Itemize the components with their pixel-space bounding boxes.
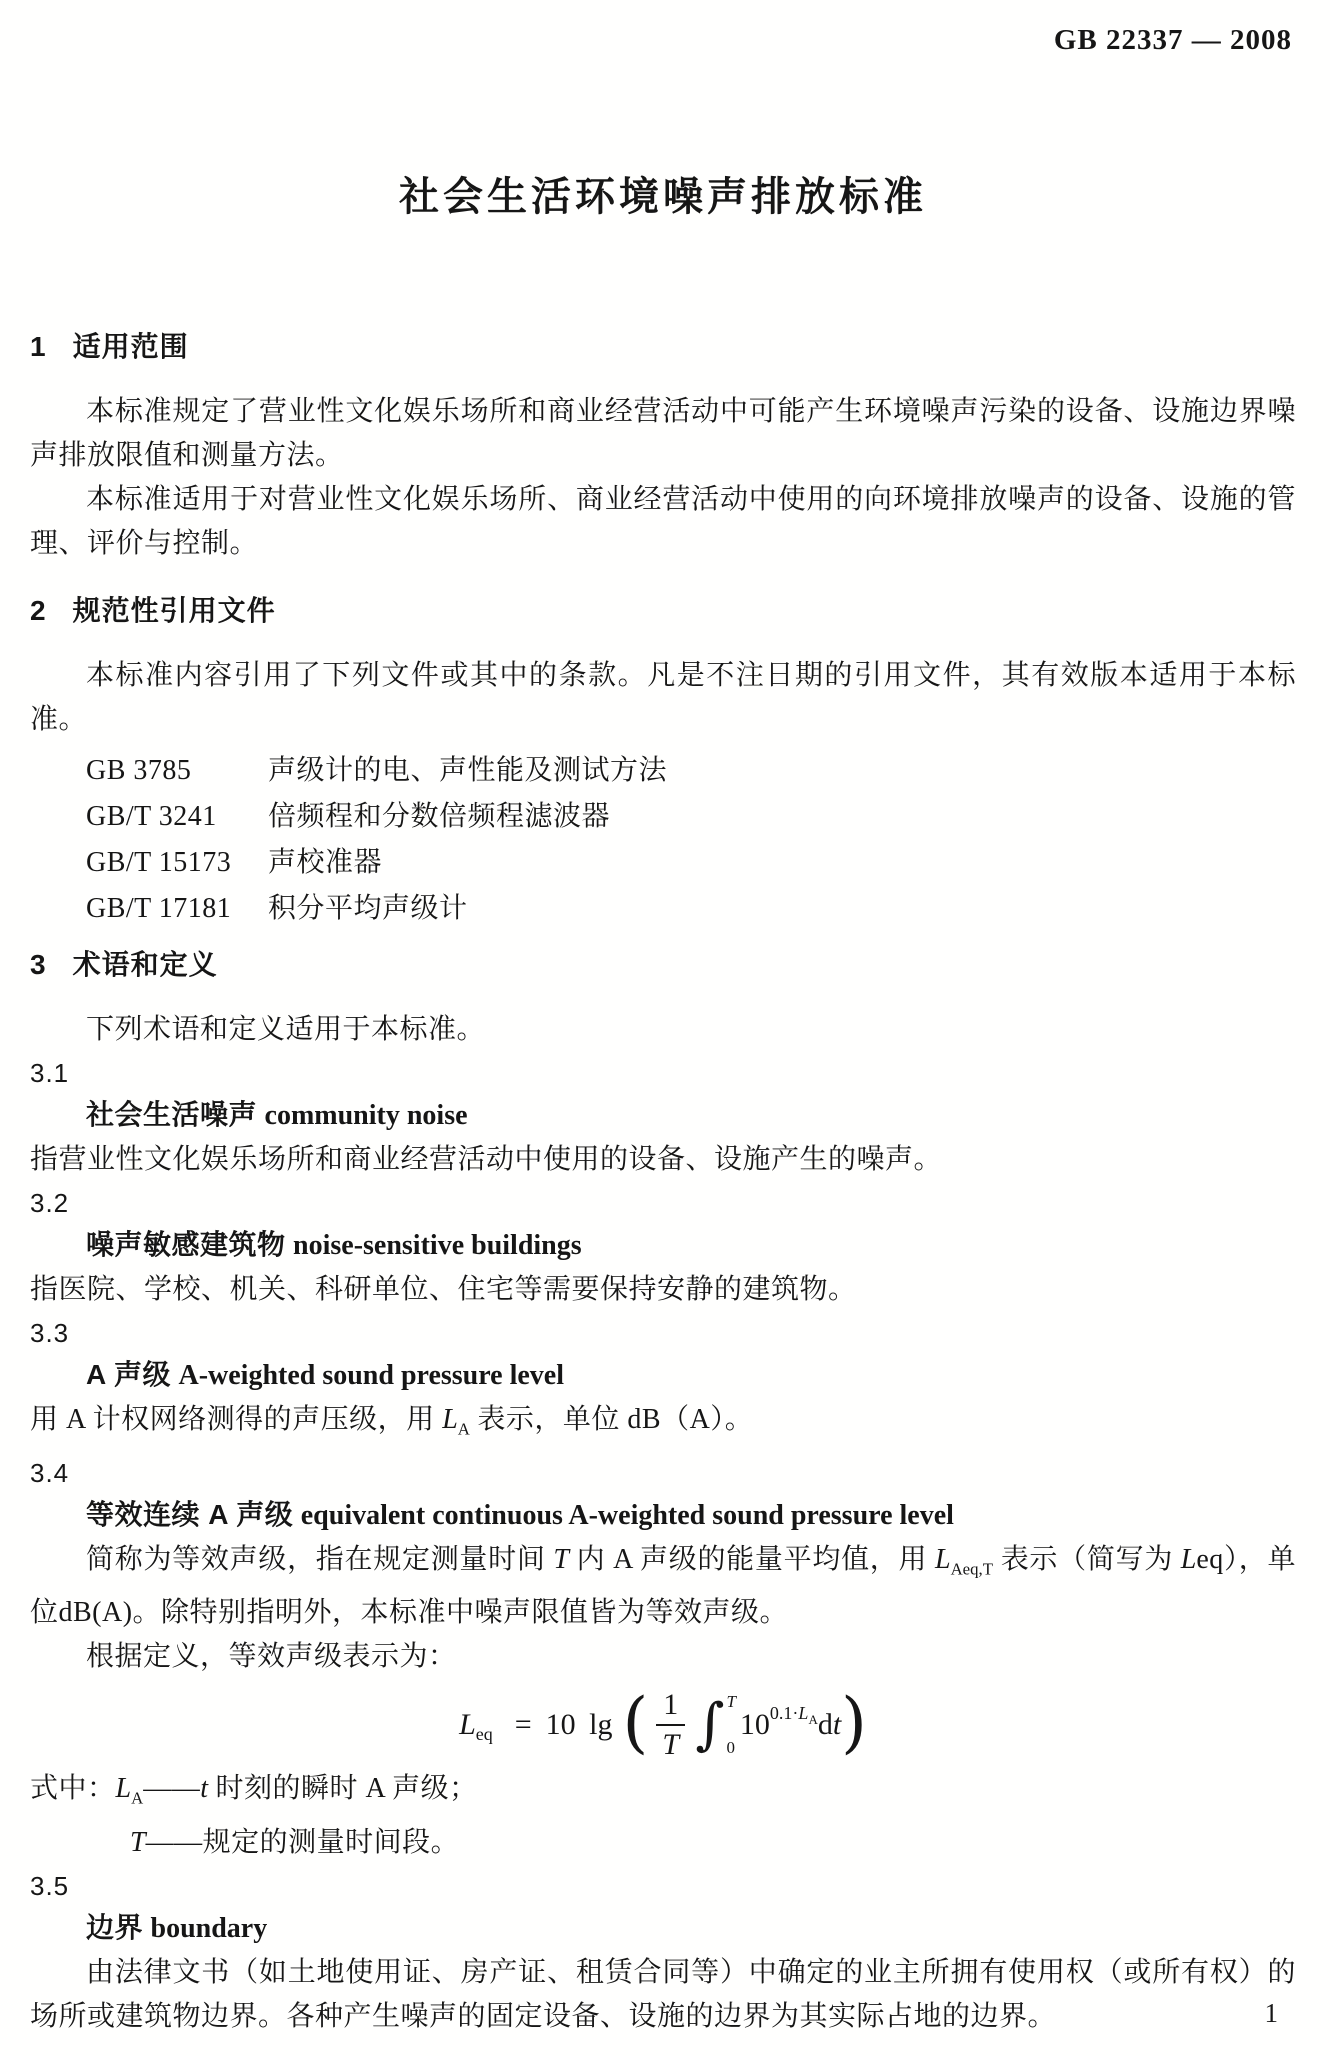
section-1-number: 1 (30, 330, 47, 364)
exponent-text: 0.1· (770, 1703, 799, 1723)
term-en: community noise (265, 1100, 468, 1131)
section-3-intro: 下列术语和定义适用于本标准。 (30, 1008, 1296, 1052)
symbol-LAeqT-subscript: Aeq,T (951, 1559, 993, 1578)
formula-lhs: L (459, 1708, 476, 1742)
definition-text: 简称为等效声级，指在规定测量时间 (86, 1544, 553, 1575)
page-title: 社会生活环境噪声排放标准 (30, 174, 1296, 220)
term-3-2-number: 3.2 (30, 1183, 1296, 1223)
section-3-title: 术语和定义 (73, 949, 218, 980)
reference-name: 声级计的电、声性能及测试方法 (268, 748, 667, 794)
reference-row: GB/T 15173 声校准器 (86, 840, 1296, 886)
equals-sign: = (515, 1708, 532, 1742)
reference-list: GB 3785 声级计的电、声性能及测试方法 GB/T 3241 倍频程和分数倍… (86, 748, 1296, 932)
leq-formula: Leq = 10 lg ( 1 T ∫ T 0 100.1·LA dt ) (30, 1683, 1296, 1767)
where-label: 式中： (30, 1773, 116, 1804)
symbol-LA-subscript: A (458, 1420, 470, 1439)
section-2-intro: 本标准内容引用了下列文件或其中的条款。凡是不注日期的引用文件，其有效版本适用于本… (30, 654, 1296, 742)
symbol-T: T (130, 1827, 146, 1858)
term-3-3-definition: 用 A 计权网络测得的声压级，用 LA 表示，单位 dB（A）。 (30, 1398, 1296, 1452)
reference-name: 声校准器 (268, 840, 382, 886)
term-3-2-title: 噪声敏感建筑物 noise-sensitive buildings (30, 1223, 1296, 1268)
where-text: ——规定的测量时间段。 (146, 1827, 460, 1858)
differential-d: d (818, 1708, 833, 1742)
reference-name: 倍频程和分数倍频程滤波器 (268, 794, 610, 840)
symbol-Leq: L (1181, 1544, 1197, 1575)
definition-text: 用 A 计权网络测得的声压级，用 (30, 1404, 442, 1435)
term-en: A-weighted sound pressure level (178, 1360, 564, 1391)
term-3-3-number: 3.3 (30, 1313, 1296, 1353)
term-3-4-title: 等效连续 A 声级 equivalent continuous A-weight… (30, 1493, 1296, 1538)
integral-group: ∫ T 0 (695, 1692, 736, 1758)
differential-variable: t (833, 1708, 841, 1742)
where-text: 时刻的瞬时 A 声级； (208, 1773, 478, 1804)
section-2-heading: 2规范性引用文件 (30, 594, 1296, 628)
exponent-variable: L (798, 1703, 808, 1723)
section-1-paragraph-1: 本标准规定了营业性文化娱乐场所和商业经营活动中可能产生环境噪声污染的设备、设施边… (30, 390, 1296, 478)
close-paren: ) (841, 1690, 867, 1756)
where-clause-line-1: 式中：LA——t 时刻的瞬时 A 声级； (30, 1767, 1296, 1821)
integral-sign: ∫ (695, 1697, 724, 1753)
symbol-LA: L (116, 1773, 132, 1804)
term-3-2-definition: 指医院、学校、机关、科研单位、住宅等需要保持安静的建筑物。 (30, 1268, 1296, 1312)
formula-coefficient: 10 lg (546, 1708, 613, 1742)
page-number: 1 (1265, 1996, 1279, 2030)
term-3-5-number: 3.5 (30, 1866, 1296, 1906)
formula-lhs-subscript: eq (476, 1724, 493, 1745)
term-en: noise-sensitive buildings (293, 1230, 582, 1261)
power-exponent: 0.1·LA (770, 1703, 818, 1724)
fraction-one-over-T: 1 T (656, 1688, 685, 1763)
reference-code: GB/T 3241 (86, 794, 268, 840)
dash: —— (143, 1773, 200, 1804)
term-3-1-number: 3.1 (30, 1053, 1296, 1093)
section-1-heading: 1适用范围 (30, 330, 1296, 364)
doc-number: GB 22337 — 2008 (30, 24, 1296, 56)
definition-text: 表示（简写为 (993, 1544, 1181, 1575)
section-3-heading: 3术语和定义 (30, 948, 1296, 982)
term-3-1-definition: 指营业性文化娱乐场所和商业经营活动中使用的设备、设施产生的噪声。 (30, 1138, 1296, 1182)
symbol-LAeqT: L (935, 1544, 951, 1575)
formula-intro: 根据定义，等效声级表示为： (30, 1635, 1296, 1679)
term-cn: 社会生活噪声 (86, 1099, 257, 1130)
fraction-numerator: 1 (656, 1688, 685, 1727)
where-clause-line-2: T——规定的测量时间段。 (130, 1821, 1296, 1865)
definition-text: 表示，单位 dB（A）。 (470, 1404, 753, 1435)
symbol-T: T (553, 1544, 569, 1575)
symbol-t: t (200, 1773, 208, 1804)
term-3-5-title: 边界 boundary (30, 1906, 1296, 1951)
symbol-LA: L (442, 1404, 458, 1435)
document-page: GB 22337 — 2008 社会生活环境噪声排放标准 1适用范围 本标准规定… (0, 0, 1330, 2056)
term-en: equivalent continuous A-weighted sound p… (301, 1500, 954, 1531)
term-en: boundary (151, 1913, 268, 1944)
reference-row: GB 3785 声级计的电、声性能及测试方法 (86, 748, 1296, 794)
term-cn: 等效连续 A 声级 (86, 1499, 293, 1530)
reference-code: GB/T 15173 (86, 840, 268, 886)
term-cn: 噪声敏感建筑物 (86, 1229, 286, 1260)
term-cn: 边界 (86, 1912, 143, 1943)
section-2-title: 规范性引用文件 (73, 595, 276, 626)
section-1-title: 适用范围 (73, 331, 189, 362)
integral-lower-limit: 0 (726, 1738, 735, 1758)
section-2-number: 2 (30, 594, 47, 628)
term-3-1-title: 社会生活噪声 community noise (30, 1093, 1296, 1138)
reference-row: GB/T 17181 积分平均声级计 (86, 886, 1296, 932)
section-3-number: 3 (30, 948, 47, 982)
section-1-paragraph-2: 本标准适用于对营业性文化娱乐场所、商业经营活动中使用的向环境排放噪声的设备、设施… (30, 478, 1296, 566)
exponent-subscript: A (808, 1712, 817, 1727)
reference-code: GB 3785 (86, 748, 268, 794)
reference-row: GB/T 3241 倍频程和分数倍频程滤波器 (86, 794, 1296, 840)
open-paren: ( (623, 1690, 649, 1756)
integral-upper-limit: T (726, 1692, 735, 1712)
term-cn: A 声级 (86, 1359, 171, 1390)
term-3-4-definition: 简称为等效声级，指在规定测量时间 T 内 A 声级的能量平均值，用 LAeq,T… (30, 1538, 1296, 1636)
power-base: 10 (740, 1708, 770, 1742)
term-3-3-title: A 声级 A-weighted sound pressure level (30, 1353, 1296, 1398)
term-3-5-definition: 由法律文书（如土地使用证、房产证、租赁合同等）中确定的业主所拥有使用权（或所有权… (30, 1951, 1296, 2039)
integral-limits: T 0 (726, 1692, 735, 1758)
term-3-4-number: 3.4 (30, 1453, 1296, 1493)
reference-name: 积分平均声级计 (268, 886, 468, 932)
fraction-denominator: T (662, 1726, 679, 1763)
definition-text: 内 A 声级的能量平均值，用 (569, 1544, 935, 1575)
symbol-LA-subscript: A (131, 1789, 143, 1808)
reference-code: GB/T 17181 (86, 886, 268, 932)
